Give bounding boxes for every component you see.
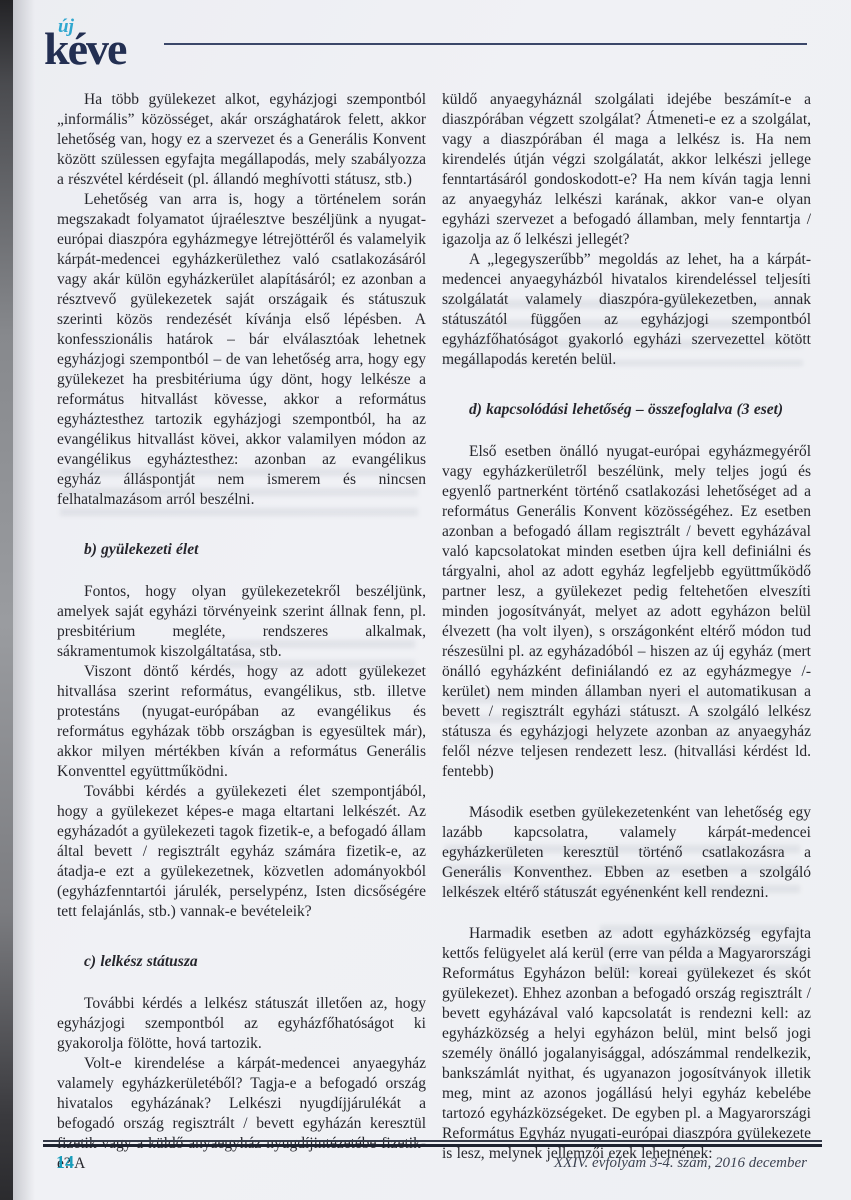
paragraph: Lehetőség van arra is, hogy a történelem… xyxy=(57,190,426,510)
paragraph: Második esetben gyülekezetenként van leh… xyxy=(442,803,811,903)
paragraph: Ha több gyülekezet alkot, egyházjogi sze… xyxy=(57,90,426,190)
scanned-journal-page: új kéve Ha több gyülekezet alkot, egyház… xyxy=(0,0,851,1200)
scan-left-edge xyxy=(0,0,13,1200)
section-heading-c: c) lelkész státusza xyxy=(57,952,426,972)
left-text-column: Ha több gyülekezet alkot, egyházjogi sze… xyxy=(57,90,426,1174)
page-number: 14 xyxy=(56,1152,74,1173)
paragraph: Fontos, hogy olyan gyülekezetekről beszé… xyxy=(57,582,426,662)
paragraph: Harmadik esetben az adott egyházközség e… xyxy=(442,924,811,1164)
footer-rule xyxy=(43,1140,822,1147)
paragraph: Első esetben önálló nyugat-európai egyhá… xyxy=(442,442,811,782)
masthead-rule xyxy=(164,43,807,45)
journal-logo: kéve xyxy=(44,26,125,72)
section-heading-b: b) gyülekezeti élet xyxy=(57,540,426,560)
right-text-column: küldő anyaegyháznál szolgálati idejébe b… xyxy=(442,90,811,1164)
paragraph: Viszont döntő kérdés, hogy az adott gyül… xyxy=(57,662,426,782)
paragraph-continuation: küldő anyaegyháznál szolgálati idejébe b… xyxy=(442,90,811,250)
paragraph: A „legegyszerűbb” megoldás az lehet, ha … xyxy=(442,250,811,370)
footer-rule-thick xyxy=(43,1144,822,1147)
scan-edge-shadow xyxy=(13,0,35,1200)
paragraph: További kérdés a gyülekezeti élet szempo… xyxy=(57,782,426,922)
paragraph: További kérdés a lelkész státuszát illet… xyxy=(57,994,426,1054)
section-heading-d: d) kapcsolódási lehetőség – összefoglalv… xyxy=(442,400,811,420)
issue-info: XXIV. évfolyam 3-4. szám, 2016 december xyxy=(554,1155,807,1172)
paragraph: Volt-e kirendelése a kárpát-medencei any… xyxy=(57,1054,426,1174)
